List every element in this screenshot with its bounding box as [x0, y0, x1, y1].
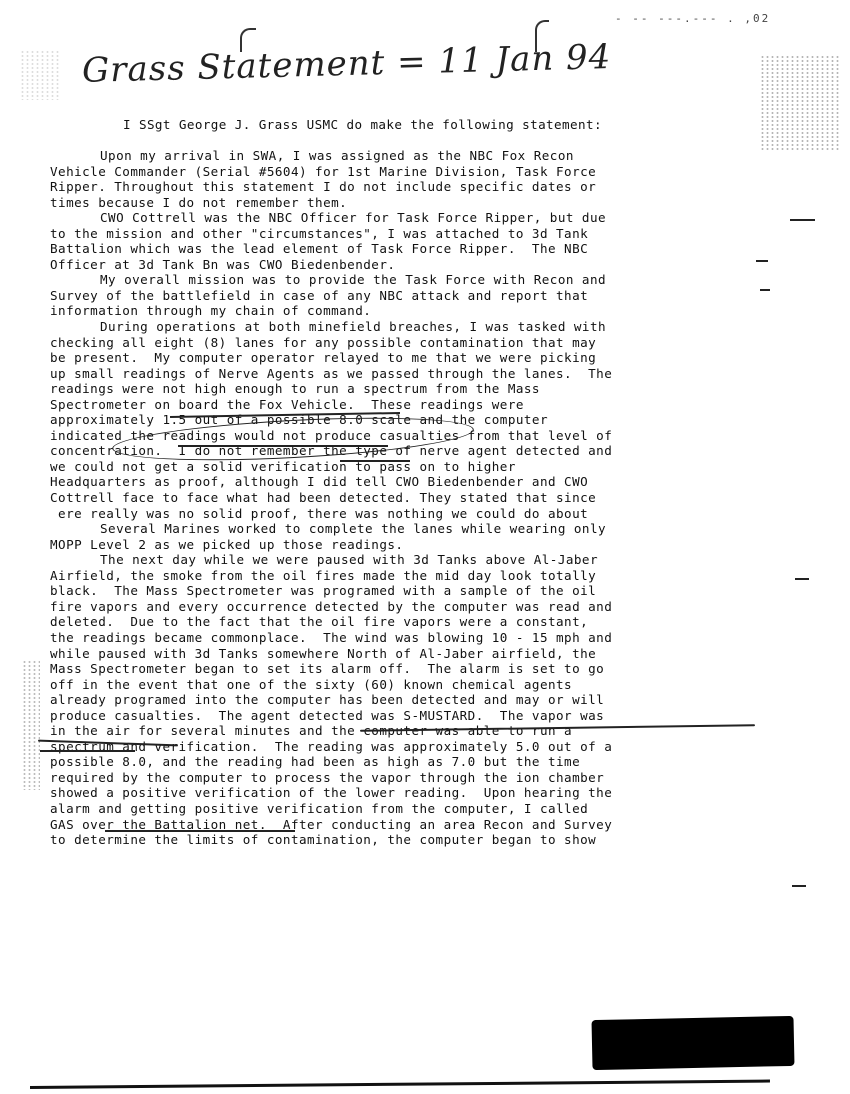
scan-noise-left-margin [22, 660, 40, 790]
body-line: to the mission and other "circumstances"… [50, 226, 770, 242]
body-line: times because I do not remember them. [50, 195, 770, 211]
margin-mark [760, 289, 770, 291]
body-line: fire vapors and every occurrence detecte… [50, 599, 770, 615]
strikethrough-in-the-air [40, 750, 135, 752]
body-line: The next day while we were paused with 3… [50, 552, 770, 568]
body-line: Mass Spectrometer began to set its alarm… [50, 661, 770, 677]
body-line: already programed into the computer has … [50, 692, 770, 708]
margin-mark [790, 219, 815, 221]
body-line: Airfield, the smoke from the oil fires m… [50, 568, 770, 584]
body-line: spectrum and verification. The reading w… [50, 739, 770, 755]
strikethrough-the [340, 460, 410, 462]
body-line: ere really was no solid proof, there was… [50, 506, 770, 522]
body-line: be present. My computer operator relayed… [50, 350, 770, 366]
body-line: My overall mission was to provide the Ta… [50, 272, 770, 288]
handwritten-title: Grass Statement = 11 Jan 94 [82, 37, 612, 91]
body-line: deleted. Due to the fact that the oil fi… [50, 614, 770, 630]
body-line: alarm and getting positive verification … [50, 801, 770, 817]
body-line: CWO Cottrell was the NBC Officer for Tas… [50, 210, 770, 226]
body-line: readings were not high enough to run a s… [50, 381, 770, 397]
body-line: to determine the limits of contamination… [50, 832, 770, 848]
body-line: off in the event that one of the sixty (… [50, 677, 770, 693]
scan-noise-top-left [20, 50, 60, 100]
statement-intro: I SSgt George J. Grass USMC do make the … [123, 117, 602, 132]
margin-mark [792, 885, 806, 887]
redaction-block [591, 1016, 794, 1070]
body-line: MOPP Level 2 as we picked up those readi… [50, 537, 770, 553]
statement-body: Upon my arrival in SWA, I was assigned a… [50, 148, 770, 848]
margin-mark [756, 260, 768, 262]
body-line: required by the computer to process the … [50, 770, 770, 786]
strikethrough-readings [178, 445, 388, 447]
body-line: the readings became commonplace. The win… [50, 630, 770, 646]
body-line: Several Marines worked to complete the l… [50, 521, 770, 537]
body-line: information through my chain of command. [50, 303, 770, 319]
body-line: produce casualties. The agent detected w… [50, 708, 770, 724]
body-line: Cottrell face to face what had been dete… [50, 490, 770, 506]
body-line: Vehicle Commander (Serial #5604) for 1st… [50, 164, 770, 180]
body-line: black. The Mass Spectrometer was program… [50, 583, 770, 599]
body-line: Survey of the battlefield in case of any… [50, 288, 770, 304]
body-line: During operations at both minefield brea… [50, 319, 770, 335]
body-line: Headquarters as proof, although I did te… [50, 474, 770, 490]
strikethrough-getting-positive-verification [105, 830, 295, 832]
body-line: we could not get a solid verification to… [50, 459, 770, 475]
body-line: Upon my arrival in SWA, I was assigned a… [50, 148, 770, 164]
body-line: showed a positive verification of the lo… [50, 785, 770, 801]
bottom-rule [30, 1080, 770, 1089]
body-line: Spectrometer on board the Fox Vehicle. T… [50, 397, 770, 413]
body-line: while paused with 3d Tanks somewhere Nor… [50, 646, 770, 662]
body-line: Ripper. Throughout this statement I do n… [50, 179, 770, 195]
margin-mark [795, 578, 809, 580]
fax-header: - -- ---.--- . ,02 [615, 12, 770, 25]
body-line: Officer at 3d Tank Bn was CWO Biedenbend… [50, 257, 770, 273]
body-line: possible 8.0, and the reading had been a… [50, 754, 770, 770]
body-line: up small readings of Nerve Agents as we … [50, 366, 770, 382]
scan-noise-top-right [760, 55, 840, 150]
body-line: Battalion which was the lead element of … [50, 241, 770, 257]
body-line: checking all eight (8) lanes for any pos… [50, 335, 770, 351]
